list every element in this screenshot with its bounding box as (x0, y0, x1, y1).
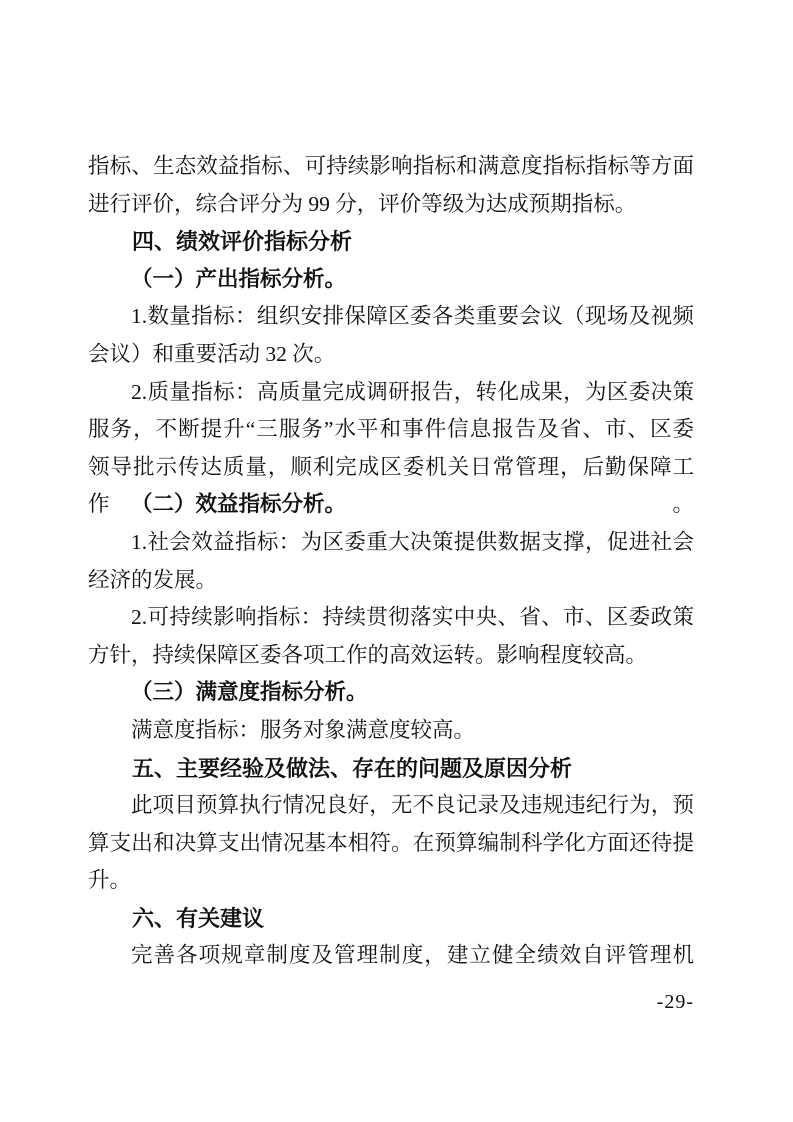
text-line: 2.质量指标：高质量完成调研报告，转化成果，为区委决策 (88, 374, 694, 412)
section-heading: 六、有关建议 (88, 900, 694, 938)
page-number: -29- (657, 991, 694, 1014)
text-line: 方针，持续保障区委各项工作的高效运转。影响程度较高。 (88, 637, 694, 675)
text-line: 完善各项规章制度及管理制度，建立健全绩效自评管理机 (88, 937, 694, 975)
section-heading: （一）产出指标分析。 (88, 261, 694, 299)
section-heading: 五、主要经验及做法、存在的问题及原因分析 (88, 750, 694, 788)
document-content: 指标、生态效益指标、可持续影响指标和满意度指标指标等方面进行评价，综合评分为 9… (88, 148, 694, 975)
section-heading: （三）满意度指标分析。 (88, 674, 694, 712)
section-heading: 四、绩效评价指标分析 (88, 223, 694, 261)
text-line: 会议）和重要活动 32 次。 (88, 336, 694, 374)
text-line: 经济的发展。 (88, 562, 694, 600)
text-line: 满意度指标：服务对象满意度较高。 (88, 712, 694, 750)
text-line: 2.可持续影响指标：持续贯彻落实中央、省、市、区委政策 (88, 599, 694, 637)
text-line: 指标、生态效益指标、可持续影响指标和满意度指标指标等方面 (88, 148, 694, 186)
text-line: 1.数量指标：组织安排保障区委各类重要会议（现场及视频 (88, 298, 694, 336)
text-line: 升。 (88, 862, 694, 900)
text-line: 此项目预算执行情况良好，无不良记录及违规违纪行为，预 (88, 787, 694, 825)
text-line: 进行评价，综合评分为 99 分，评价等级为达成预期指标。 (88, 186, 694, 224)
document-page: 指标、生态效益指标、可持续影响指标和满意度指标指标等方面进行评价，综合评分为 9… (0, 0, 793, 1122)
text-line: 1.社会效益指标：为区委重大决策提供数据支撑，促进社会 (88, 524, 694, 562)
text-line: 算支出和决算支出情况基本相符。在预算编制科学化方面还待提 (88, 825, 694, 863)
text-line: 领导批示传达质量，顺利完成区委机关日常管理，后勤保障工作。 (88, 449, 694, 487)
text-line: 服务，不断提升“三服务”水平和事件信息报告及省、市、区委 (88, 411, 694, 449)
